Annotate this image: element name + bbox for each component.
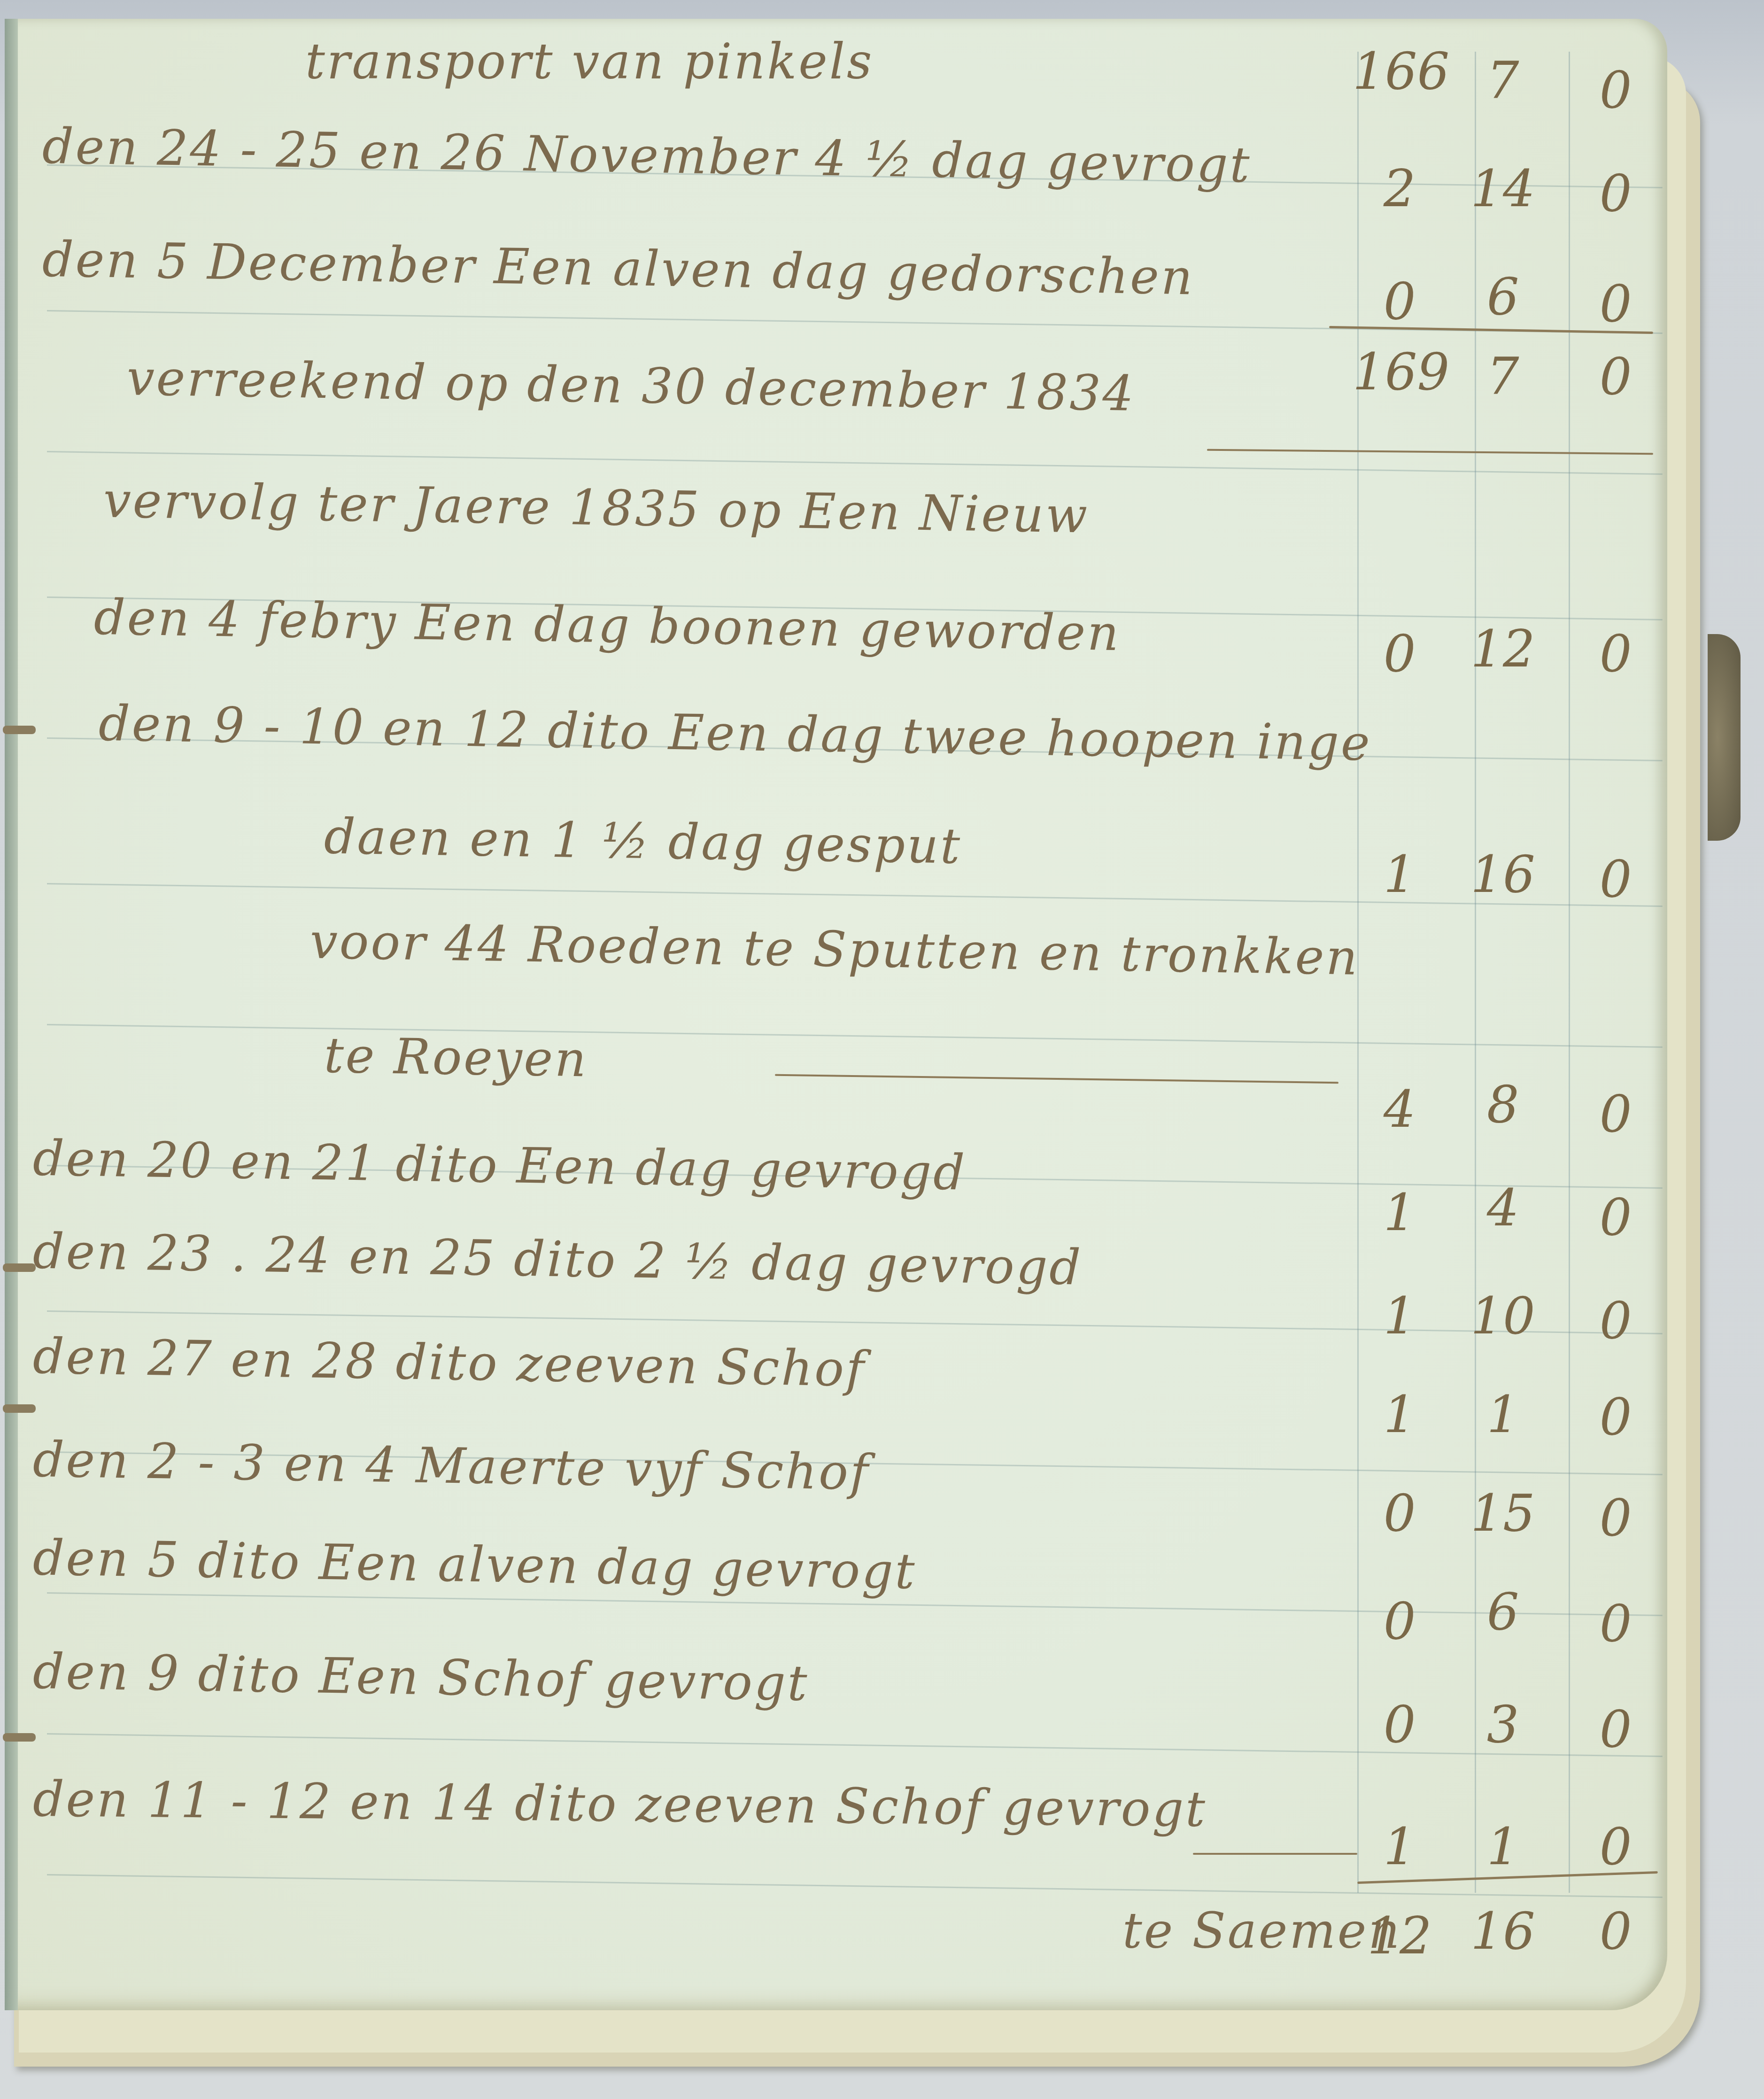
amount-guilders: 0	[1353, 1484, 1447, 1543]
amount-penningen: 0	[1569, 850, 1663, 909]
entry-text: den 5 December Een alven dag gedorschen	[42, 231, 1195, 306]
entry-text: voor 44 Roeden te Sputten en tronkken	[309, 912, 1360, 986]
binding-stitch	[3, 1733, 36, 1742]
line-filler	[775, 1074, 1338, 1084]
amount-guilders: 4	[1353, 1080, 1447, 1139]
entry-text: den 5 dito Een alven dag gevrogt	[32, 1529, 917, 1600]
entry-text: den 27 en 28 dito zeeven Schof	[32, 1327, 866, 1398]
amount-guilders: 0	[1353, 1592, 1447, 1651]
amount-stuivers: 1	[1456, 1386, 1550, 1444]
entry-text: te Roeyen	[324, 1027, 588, 1088]
entry-text: daen en 1 ½ dag gesput	[324, 807, 962, 875]
amount-guilders: 0	[1353, 625, 1447, 683]
amount-stuivers: 15	[1456, 1484, 1550, 1543]
amount-guilders: 1	[1353, 1818, 1447, 1876]
entry-text: den 20 en 21 dito Een dag gevrogd	[32, 1129, 967, 1201]
amount-stuivers: 16	[1456, 845, 1550, 904]
amount-penningen: 0	[1569, 61, 1663, 120]
continuation-heading: vervolg ter Jaere 1835 op Een Nieuw	[103, 472, 1090, 544]
amount-stuivers: 6	[1456, 268, 1550, 326]
ruled-line	[47, 1024, 1663, 1048]
page-spine	[5, 19, 18, 2010]
amount-stuivers: 12	[1456, 620, 1550, 679]
line-filler	[1193, 1853, 1357, 1855]
subtotal-penningen: 0	[1569, 348, 1663, 406]
binding-stitch	[3, 726, 36, 734]
amount-stuivers: 3	[1456, 1696, 1550, 1754]
subtotal-stuivers: 7	[1456, 348, 1550, 406]
amount-stuivers: 6	[1456, 1583, 1550, 1642]
binding-cord	[1708, 634, 1741, 841]
amount-guilders: 2	[1353, 160, 1447, 218]
entry-text: den 9 dito Een Schof gevrogt	[32, 1642, 809, 1712]
amount-penningen: 0	[1569, 1489, 1663, 1548]
entry-text: den 11 - 12 en 14 dito zeeven Schof gevr…	[33, 1770, 1207, 1838]
transport-heading: transport van pinkels	[305, 33, 874, 90]
amount-penningen: 0	[1569, 164, 1663, 223]
total-penningen: 0	[1569, 1902, 1663, 1961]
total-stuivers: 16	[1456, 1902, 1550, 1961]
amount-stuivers: 4	[1456, 1179, 1550, 1238]
section-divider	[1207, 449, 1653, 455]
amount-penningen: 0	[1569, 1188, 1663, 1247]
ledger-page: transport van pinkels 166 7 0 den 24 - 2…	[5, 19, 1667, 2010]
settled-note: verreekend op den 30 december 1834	[126, 349, 1136, 422]
amount-stuivers: 8	[1456, 1076, 1550, 1134]
amount-guilders: 0	[1353, 272, 1447, 331]
amount-guilders: 1	[1353, 1386, 1447, 1444]
entry-text: den 24 - 25 en 26 November 4 ½ dag gevro…	[42, 117, 1252, 194]
amount-guilders: 166	[1353, 42, 1447, 101]
amount-stuivers: 14	[1456, 160, 1550, 218]
amount-penningen: 0	[1569, 1292, 1663, 1350]
total-guilders: 12	[1353, 1907, 1447, 1966]
amount-penningen: 0	[1569, 625, 1663, 683]
entry-text: den 2 - 3 en 4 Maerte vyf Schof	[32, 1431, 870, 1501]
ruled-line	[47, 1874, 1663, 1898]
amount-stuivers: 10	[1456, 1287, 1550, 1346]
amount-guilders: 1	[1353, 845, 1447, 904]
subtotal-guilders: 169	[1353, 343, 1447, 402]
ruled-line	[47, 451, 1663, 475]
amount-stuivers: 1	[1456, 1818, 1550, 1876]
amount-penningen: 0	[1569, 1818, 1663, 1876]
amount-stuivers: 7	[1456, 52, 1550, 110]
entry-text: den 9 - 10 en 12 dito Een dag twee hoope…	[98, 695, 1372, 772]
amount-penningen: 0	[1569, 1595, 1663, 1653]
amount-guilders: 1	[1353, 1184, 1447, 1242]
amount-guilders: 1	[1353, 1287, 1447, 1346]
amount-penningen: 0	[1569, 1085, 1663, 1144]
amount-penningen: 0	[1569, 275, 1663, 333]
entry-text: den 23 . 24 en 25 dito 2 ½ dag gevrogd	[32, 1222, 1083, 1296]
binding-stitch	[3, 1404, 36, 1413]
amount-penningen: 0	[1569, 1700, 1663, 1759]
amount-guilders: 0	[1353, 1696, 1447, 1754]
amount-penningen: 0	[1569, 1388, 1663, 1447]
entry-text: den 4 febry Een dag boonen geworden	[93, 589, 1121, 662]
binding-stitch	[3, 1263, 36, 1272]
